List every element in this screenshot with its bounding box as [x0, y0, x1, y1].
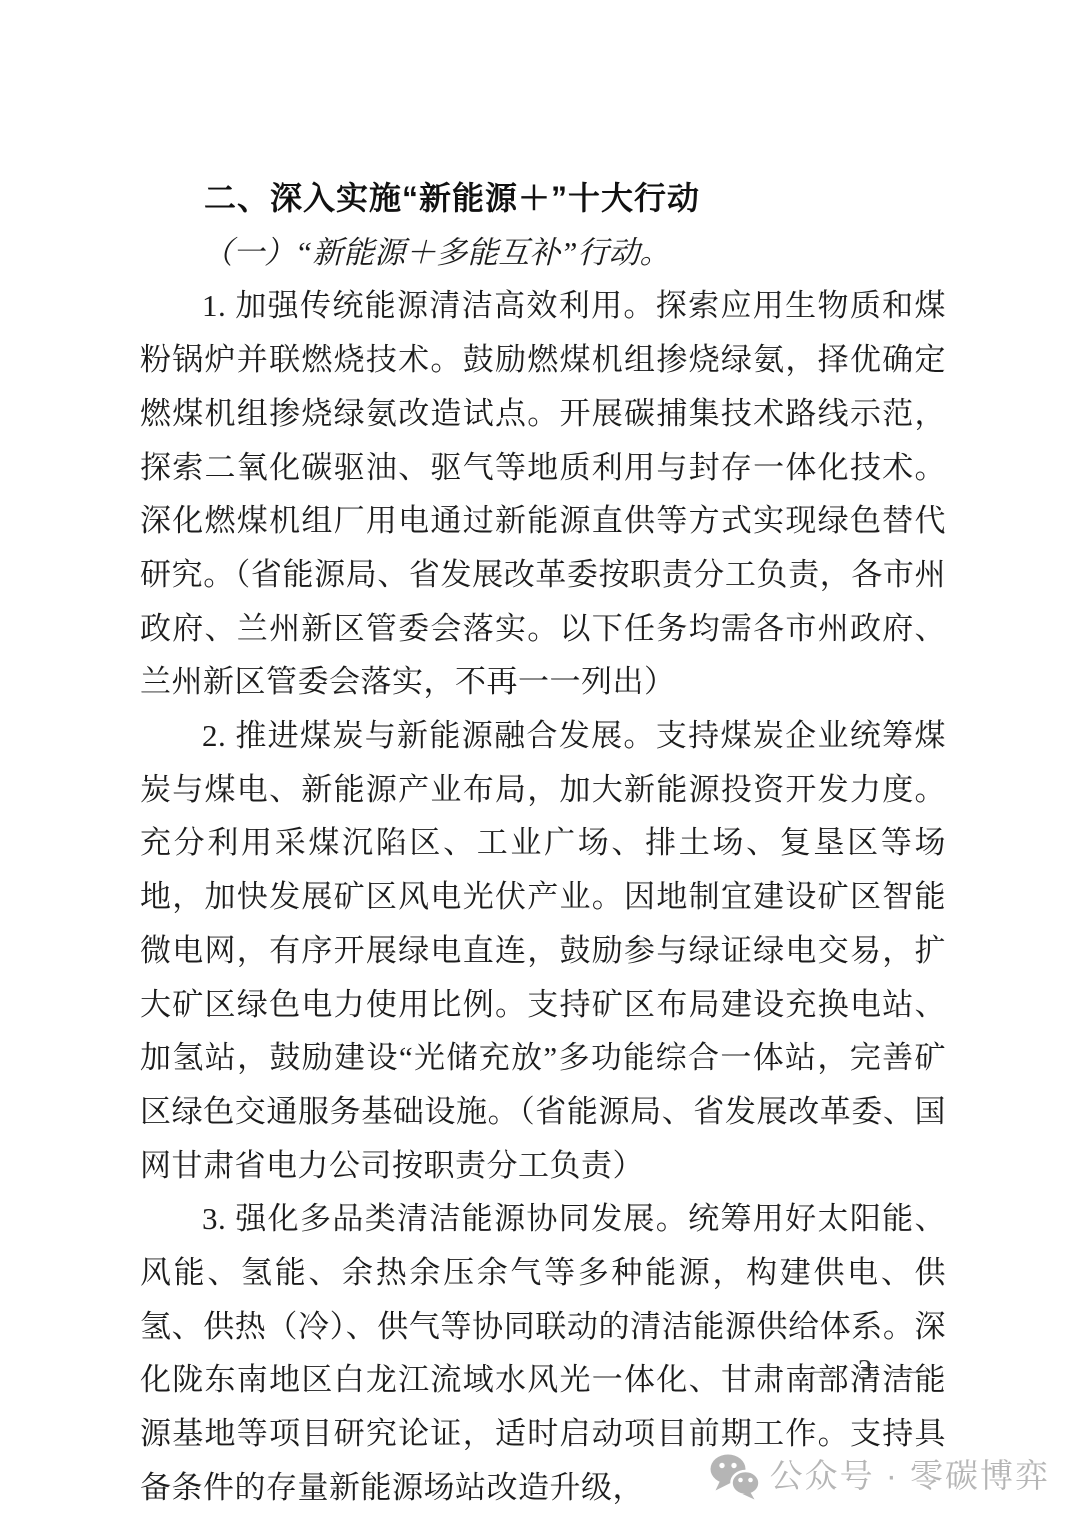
paragraph-item-1: 1. 加强传统能源清洁高效利用。探索应用生物质和煤粉锅炉并联燃烧技术。鼓励燃煤机…: [140, 279, 946, 709]
page-number: — 3 —: [800, 1352, 930, 1388]
subsection-heading: （一）“新能源＋多能互补”行动。: [140, 226, 946, 280]
watermark-label: 公众号 · 零碳博弈: [770, 1452, 1050, 1500]
document-page: 二、深入实施“新能源＋”十大行动 （一）“新能源＋多能互补”行动。 1. 加强传…: [0, 0, 1080, 1527]
page-number-dash-left: —: [813, 1352, 842, 1388]
wechat-icon: [709, 1452, 761, 1500]
document-body: 二、深入实施“新能源＋”十大行动 （一）“新能源＋多能互补”行动。 1. 加强传…: [140, 172, 946, 1515]
page-number-value: 3: [858, 1352, 873, 1388]
paragraph-item-2: 2. 推进煤炭与新能源融合发展。支持煤炭企业统筹煤炭与煤电、新能源产业布局，加大…: [140, 709, 946, 1192]
watermark: 公众号 · 零碳博弈: [709, 1452, 1050, 1500]
page-number-dash-right: —: [888, 1352, 917, 1388]
section-heading: 二、深入实施“新能源＋”十大行动: [140, 172, 946, 226]
